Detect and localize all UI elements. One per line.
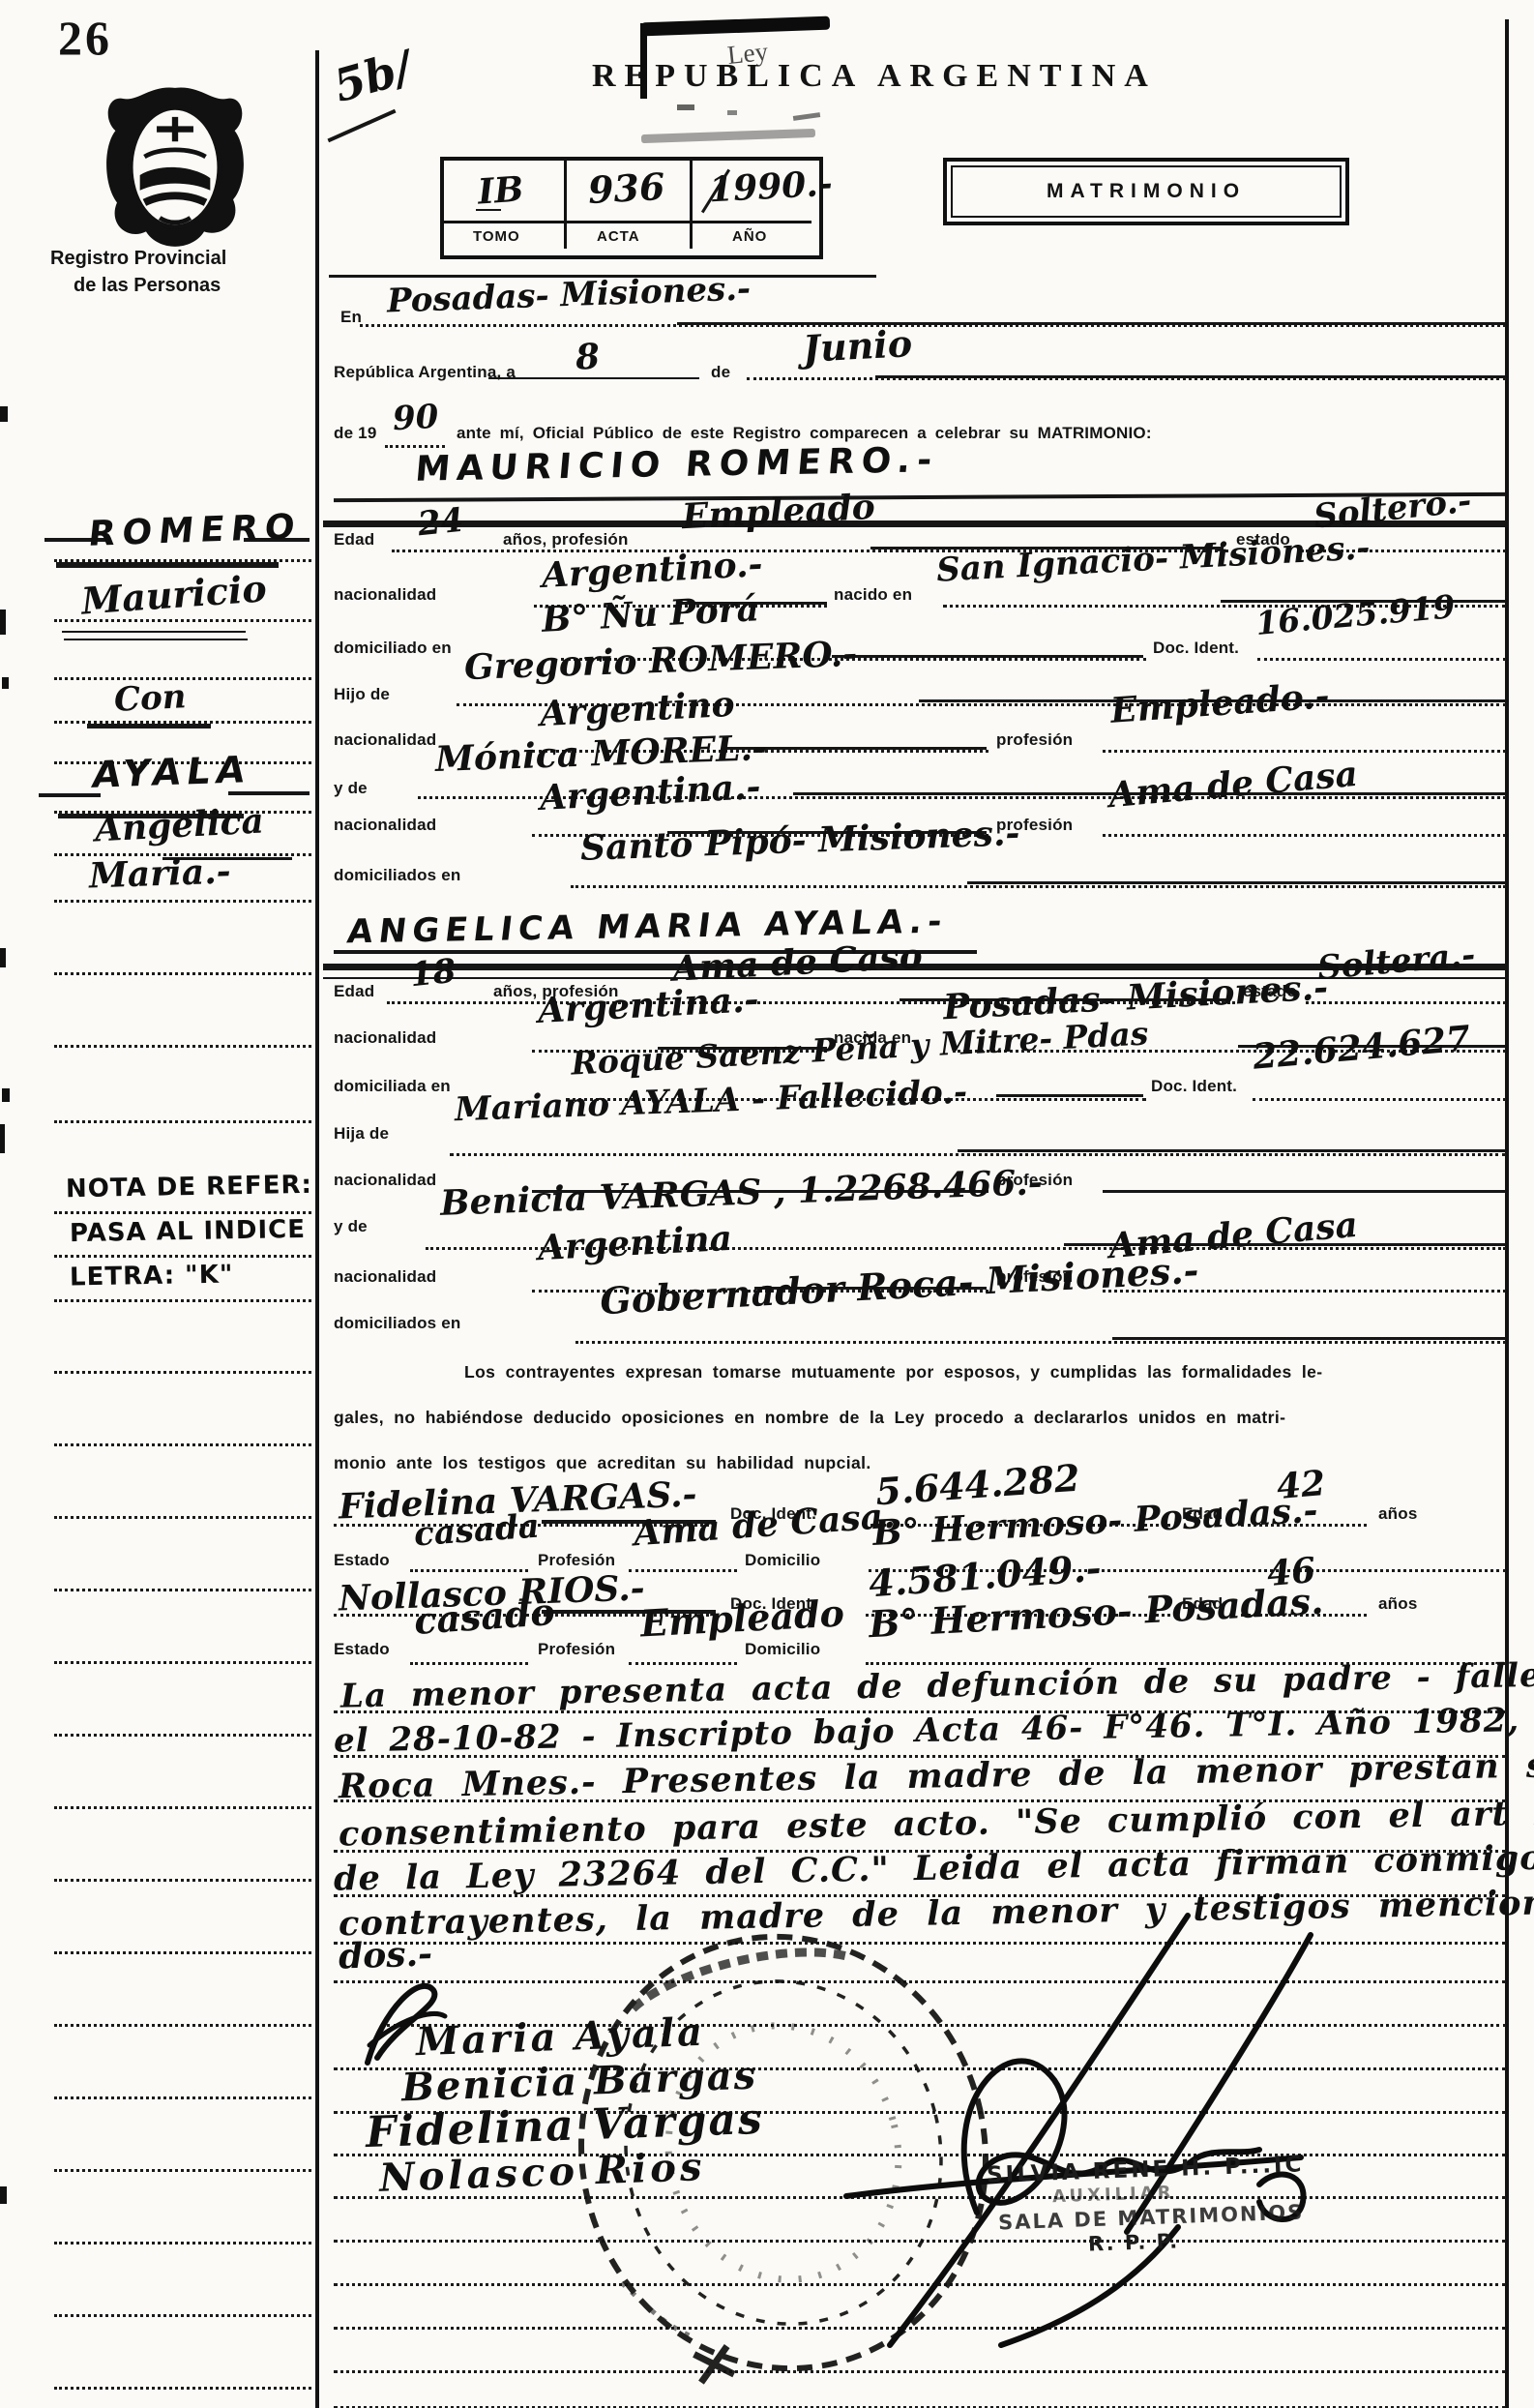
groom-dom-label: domiciliado en	[334, 639, 452, 658]
en-label: En	[340, 308, 362, 327]
groom-nac-label: nacionalidad	[334, 585, 436, 605]
field-line-solid	[1112, 1337, 1506, 1340]
witness1-prof-label: Profesión	[538, 1551, 615, 1570]
groom-nac2-label: nacionalidad	[334, 730, 436, 750]
bride-dom-label: domiciliada en	[334, 1077, 451, 1096]
smudge-mark	[793, 112, 820, 121]
field-line	[410, 1662, 528, 1665]
margin-line	[54, 1589, 311, 1591]
groom-doc-label: Doc. Ident.	[1153, 639, 1239, 658]
scan-speck	[0, 2186, 7, 2204]
month-value: Junio	[802, 321, 913, 371]
field-line-solid	[488, 377, 699, 379]
margin-bride-given1: Angelica	[94, 800, 265, 849]
field-line	[1306, 1001, 1506, 1004]
groom-padres-dom-value: Santo Pipó- Misiones.-	[579, 813, 1020, 869]
field-line	[575, 1341, 1506, 1344]
ano-label: AÑO	[732, 228, 767, 245]
smudge-mark	[727, 110, 737, 115]
scan-speck	[2, 677, 9, 689]
groom-profesion-value: Empleado	[681, 487, 876, 537]
bride-edad-value: 18	[408, 952, 457, 996]
field-line	[1257, 658, 1506, 661]
de-label: de	[711, 363, 730, 382]
margin-line	[54, 1879, 311, 1882]
scan-speck	[0, 948, 6, 967]
witness2-anos-label: años	[1378, 1594, 1417, 1614]
smudge-mark	[641, 129, 815, 143]
groom-nacido-label: nacido en	[834, 585, 912, 605]
margin-double-underline	[64, 639, 248, 640]
margin-line	[54, 1255, 311, 1258]
year-value: 90	[392, 398, 439, 438]
margin-line	[54, 2314, 311, 2317]
groom-prof-label: años, profesión	[503, 530, 629, 550]
margin-line	[54, 2169, 311, 2172]
groom-edad-value: 24	[416, 501, 465, 545]
clause-line2: gales, no habiéndose deducido oposicione…	[334, 1408, 1285, 1428]
field-line-solid	[996, 1094, 1143, 1097]
margin-line	[54, 2387, 311, 2390]
margin-line	[54, 1951, 311, 1954]
page-title: REPUBLICA ARGENTINA	[592, 58, 1157, 95]
field-line	[629, 1569, 737, 1572]
officiant-role-stamp: AUXILIAR	[1052, 2183, 1175, 2207]
groom-padre-value: Gregorio ROMERO.-	[463, 634, 857, 688]
smudge-mark	[677, 104, 694, 110]
witness2-estado-value: casado	[413, 1590, 556, 1643]
bride-madre-nac-value: Argentina	[537, 1218, 733, 1268]
margin-line	[54, 1516, 311, 1519]
margin-line	[54, 2242, 311, 2244]
provincial-seal-icon	[99, 83, 251, 259]
groom-dom2-label: domiciliados en	[334, 866, 460, 885]
bride-nac-label: nacionalidad	[334, 1028, 436, 1048]
field-line-solid	[958, 1149, 1506, 1152]
bride-edad-label: Edad	[334, 982, 374, 1001]
margin-groom-surname: ROMERO	[86, 507, 303, 554]
margin-line	[54, 1371, 311, 1374]
margin-line	[54, 1299, 311, 1302]
clause-line3: monio ante los testigos que acreditan su…	[334, 1453, 871, 1473]
margin-line	[54, 1120, 311, 1123]
groom-estado-value: Soltero.-	[1312, 482, 1473, 537]
day-value: 8	[575, 336, 602, 378]
officiant-rpp-stamp: R. P. P.	[1088, 2229, 1180, 2255]
witness2-estado-label: Estado	[334, 1640, 390, 1659]
tomo-value: IB	[477, 168, 525, 212]
page-annotation: 5b/	[328, 41, 418, 112]
field-line-solid	[967, 881, 1506, 884]
field-line-solid	[832, 655, 1143, 658]
page-number: 26	[58, 10, 112, 66]
field-line-solid	[875, 375, 1506, 378]
bride-doc-label: Doc. Ident.	[1151, 1077, 1237, 1096]
bride-hija-label: Hija de	[334, 1124, 389, 1144]
groom-nac3-label: nacionalidad	[334, 816, 436, 835]
field-line	[450, 1153, 1506, 1156]
smudge-text: Ley	[725, 37, 769, 71]
acta-box-divider	[564, 160, 567, 249]
margin-dash	[228, 791, 310, 795]
bride-madre-value: Benicia VARGAS , 1.2268.466.-	[439, 1162, 1043, 1224]
field-line	[1103, 750, 1506, 753]
registry-name-line1: Registro Provincial	[50, 248, 226, 270]
witness1-estado-value: casada	[413, 1507, 541, 1555]
margin-bride-given2: Maria.-	[88, 850, 231, 896]
bride-nac2-label: nacionalidad	[334, 1171, 436, 1190]
scan-speck	[2, 1088, 10, 1102]
scan-speck	[0, 609, 6, 635]
margin-line	[54, 1443, 311, 1446]
margin-groom-given: Mauricio	[80, 566, 268, 622]
margin-heavy-underline	[87, 724, 211, 728]
republica-label: República Argentina, a	[334, 363, 516, 382]
bride-padre-value: Mariano AYALA - Fallecido.-	[454, 1073, 967, 1129]
witness1-estado-label: Estado	[334, 1551, 390, 1570]
tomo-value-underline	[476, 209, 501, 211]
field-line	[571, 885, 1506, 888]
margin-line	[54, 972, 311, 975]
margin-line	[54, 1806, 311, 1809]
oficial-text: ante mí, Oficial Público de este Registr…	[457, 424, 1152, 443]
margin-bride-surname: AYALA	[89, 748, 253, 796]
officiant-signature	[822, 1908, 1441, 2363]
matrimonio-label: MATRIMONIO	[1047, 180, 1246, 203]
groom-madre-prof-value: Ama de Casa	[1107, 754, 1360, 816]
groom-domicilio-value: B° Ñu Porá	[541, 588, 760, 640]
bride-doc-value: 22.624.627	[1252, 1018, 1472, 1077]
groom-doc-value: 16.025.919	[1254, 587, 1457, 642]
margin-line	[54, 1661, 311, 1664]
ref-note-line2: PASA AL INDICE	[70, 1215, 306, 1248]
acta-value: 936	[587, 164, 666, 212]
margin-line	[54, 900, 311, 903]
acta-box-divider	[690, 160, 693, 249]
smudge-stroke	[640, 23, 647, 99]
bride-estado-value: Soltera.-	[1316, 936, 1477, 988]
groom-yde-label: y de	[334, 779, 368, 798]
acta-box-rule	[444, 221, 811, 223]
margin-line	[54, 2096, 311, 2099]
margin-con: Con	[113, 677, 187, 720]
smudge-bar	[641, 16, 830, 37]
groom-prof2-label: profesión	[996, 730, 1073, 750]
witness1-anos-label: años	[1378, 1504, 1417, 1524]
scan-speck	[0, 406, 8, 422]
margin-double-underline	[62, 631, 246, 633]
groom-edad-label: Edad	[334, 530, 374, 550]
witness2-profesion-value: Empleado	[639, 1591, 845, 1646]
witness1-dom-label: Domicilio	[745, 1551, 820, 1570]
field-line	[1253, 1098, 1506, 1101]
clause-line1: Los contrayentes expresan tomarse mutuam…	[464, 1362, 1323, 1382]
de19-label: de 19	[334, 424, 376, 443]
groom-hijo-label: Hijo de	[334, 685, 390, 704]
bride-dom2-label: domiciliados en	[334, 1314, 460, 1333]
witness2-prof-label: Profesión	[538, 1640, 615, 1659]
margin-line	[54, 1045, 311, 1048]
margin-line	[54, 1211, 311, 1214]
bride-nac3-label: nacionalidad	[334, 1267, 436, 1287]
bride-yde-label: y de	[334, 1217, 368, 1236]
groom-nacido-value: San Ignacio- Misiones.-	[935, 528, 1371, 589]
groom-padre-prof-value: Empleado.-	[1109, 675, 1331, 731]
annotation-flourish	[327, 109, 396, 143]
matrimonio-box: MATRIMONIO	[943, 158, 1349, 225]
margin-divider	[315, 50, 319, 2408]
field-line	[629, 1662, 737, 1665]
field-line	[1103, 834, 1506, 837]
ref-note-line3: LETRA: "K"	[70, 1261, 234, 1293]
groom-name: MAURICIO ROMERO.-	[414, 440, 940, 489]
ref-note-line1: NOTA DE REFER:	[66, 1171, 312, 1204]
groom-padre-nac-value: Argentino	[539, 684, 736, 734]
blank-field-line	[1103, 1190, 1506, 1193]
acta-label: ACTA	[597, 228, 640, 245]
field-line-solid	[677, 322, 1506, 325]
tomo-label: TOMO	[473, 228, 520, 245]
margin-line	[54, 1734, 311, 1737]
margin-line	[54, 2024, 311, 2027]
year-line	[385, 445, 445, 448]
scanned-marriage-certificate: { "page": { "number": "26", "annotation"…	[0, 0, 1534, 2408]
witness2-dom-label: Domicilio	[745, 1640, 820, 1659]
scan-speck	[0, 1124, 5, 1153]
registry-name-line2: de las Personas	[74, 275, 221, 297]
